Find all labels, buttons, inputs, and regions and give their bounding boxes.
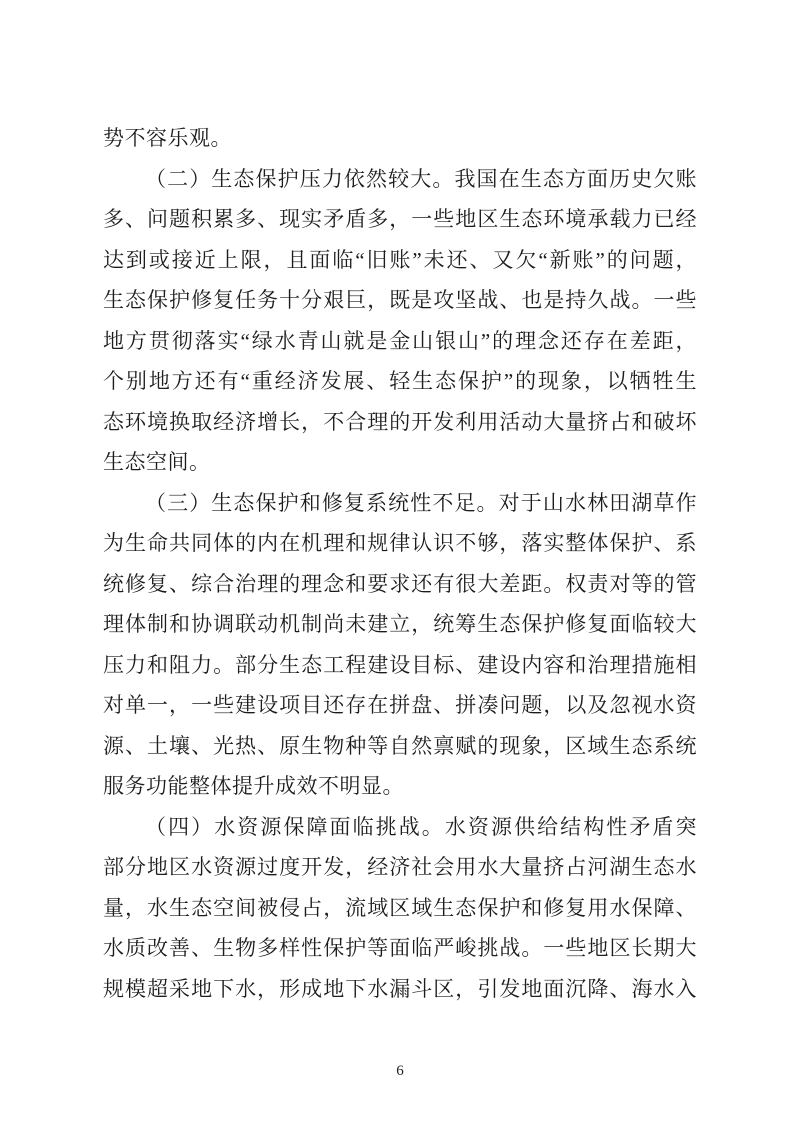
text-line: （三）生态保护和修复系统性不足。对于山水林田湖草作: [103, 483, 697, 524]
paragraph-continuation: 势不容乐观。: [103, 118, 697, 159]
text-line: 压力和阻力。部分生态工程建设目标、建设内容和治理措施相: [103, 645, 697, 686]
text-line: 生态空间。: [103, 442, 697, 483]
page-footer: 6: [0, 1062, 800, 1080]
text-line: 势不容乐观。: [103, 118, 697, 159]
text-line: 个别地方还有“重经济发展、轻生态保护”的现象，以牺牲生: [103, 361, 697, 402]
text-line: 水质改善、生物多样性保护等面临严峻挑战。一些地区长期大: [103, 928, 697, 969]
text-line: 达到或接近上限，且面临“旧账”未还、又欠“新账”的问题，: [103, 240, 697, 281]
text-line: 理体制和协调联动机制尚未建立，统筹生态保护修复面临较大: [103, 604, 697, 645]
text-line: 统修复、综合治理的理念和要求还有很大差距。权责对等的管: [103, 564, 697, 605]
text-line: 源、土壤、光热、原生物种等自然禀赋的现象，区域生态系统: [103, 726, 697, 767]
document-page: 势不容乐观。 （二）生态保护压力依然较大。我国在生态方面历史欠账 多、问题积累多…: [0, 0, 800, 1131]
paragraph-item-3: （三）生态保护和修复系统性不足。对于山水林田湖草作 为生命共同体的内在机理和规律…: [103, 483, 697, 807]
text-line: 态环境换取经济增长，不合理的开发利用活动大量挤占和破坏: [103, 402, 697, 443]
text-line: 对单一，一些建设项目还存在拼盘、拼凑问题，以及忽视水资: [103, 685, 697, 726]
text-line: 规模超采地下水，形成地下水漏斗区，引发地面沉降、海水入: [103, 969, 697, 1010]
paragraph-item-2: （二）生态保护压力依然较大。我国在生态方面历史欠账 多、问题积累多、现实矛盾多，…: [103, 159, 697, 483]
text-line: 量，水生态空间被侵占，流域区域生态保护和修复用水保障、: [103, 888, 697, 929]
page-number: 6: [396, 1063, 404, 1079]
paragraph-item-4: （四）水资源保障面临挑战。水资源供给结构性矛盾突出， 部分地区水资源过度开发，经…: [103, 807, 697, 1010]
text-line: 服务功能整体提升成效不明显。: [103, 766, 697, 807]
text-line: 为生命共同体的内在机理和规律认识不够，落实整体保护、系: [103, 523, 697, 564]
document-body: 势不容乐观。 （二）生态保护压力依然较大。我国在生态方面历史欠账 多、问题积累多…: [103, 118, 697, 1009]
text-line: 地方贯彻落实“绿水青山就是金山银山”的理念还存在差距，: [103, 321, 697, 362]
text-line: 多、问题积累多、现实矛盾多，一些地区生态环境承载力已经: [103, 199, 697, 240]
text-line: （二）生态保护压力依然较大。我国在生态方面历史欠账: [103, 159, 697, 200]
text-line: 部分地区水资源过度开发，经济社会用水大量挤占河湖生态水: [103, 847, 697, 888]
text-line: 生态保护修复任务十分艰巨，既是攻坚战、也是持久战。一些: [103, 280, 697, 321]
text-line: （四）水资源保障面临挑战。水资源供给结构性矛盾突出，: [103, 807, 697, 848]
